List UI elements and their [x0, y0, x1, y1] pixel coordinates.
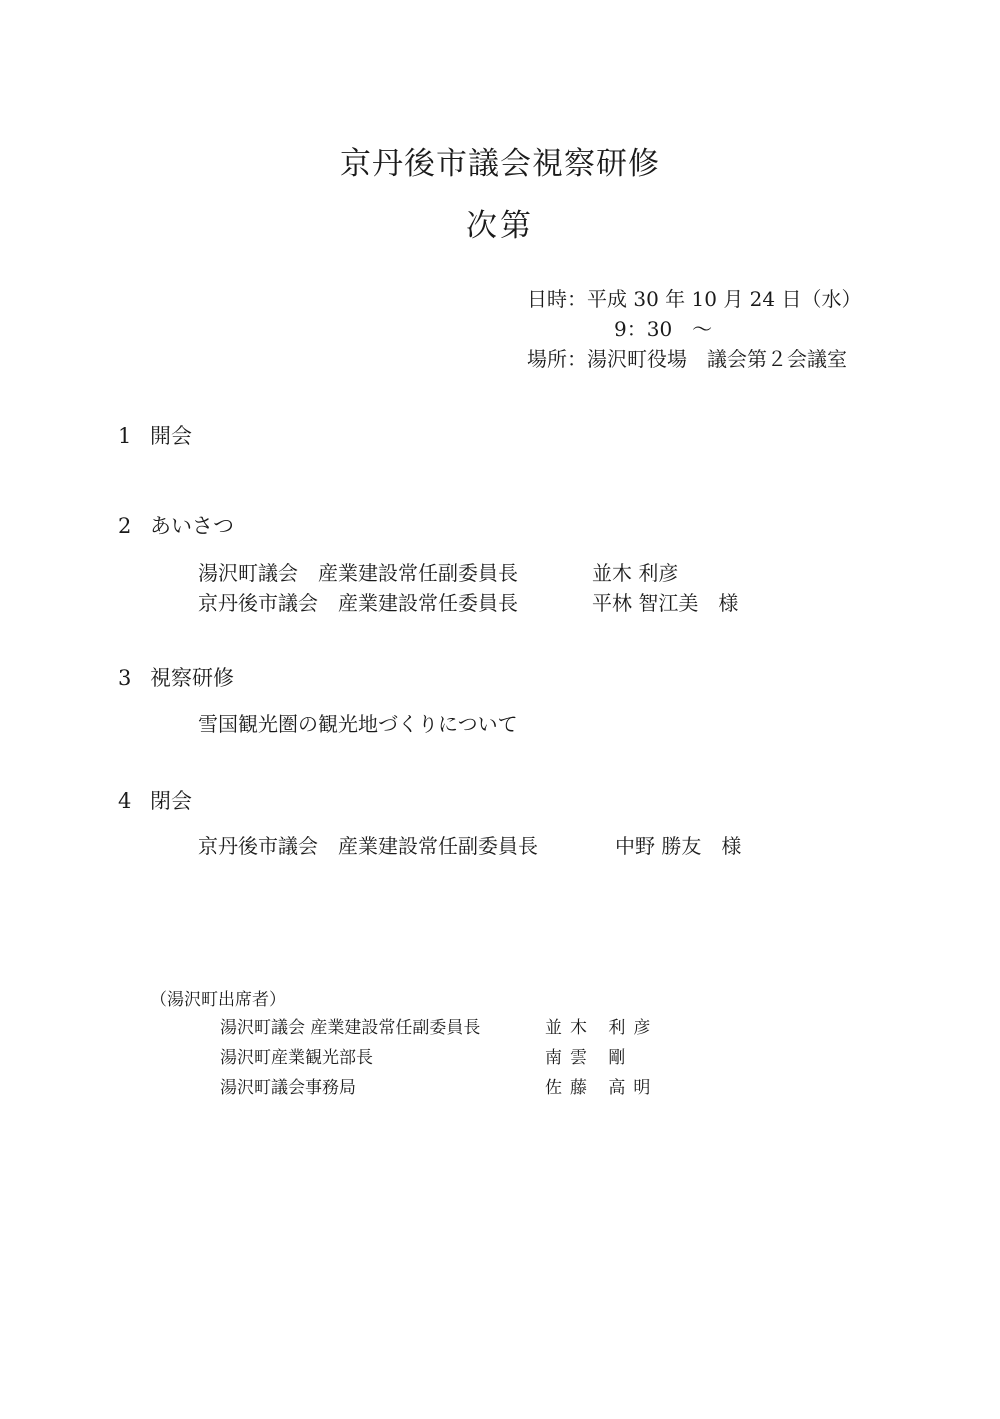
section-3-heading: 3視察研修: [118, 662, 234, 692]
meeting-place: 場所：湯沢町役場 議会第２会議室: [527, 343, 847, 372]
attendee-row: 湯沢町産業観光部長 南雲 剛: [220, 1043, 680, 1067]
speaker-role: 京丹後市議会 産業建設常任副委員長: [198, 830, 538, 859]
section-number: 1: [118, 424, 150, 448]
training-topic: 雪国観光圏の観光地づくりについて: [198, 708, 518, 737]
section-number: 2: [118, 514, 150, 538]
attendee-role: 湯沢町議会 産業建設常任副委員長: [220, 1013, 480, 1038]
attendee-row: 湯沢町議会 産業建設常任副委員長 並木 利彦: [220, 1013, 680, 1037]
speaker-role: 京丹後市議会 産業建設常任委員長: [198, 587, 518, 616]
attendee-name: 南雲 剛: [545, 1043, 633, 1068]
greeting-line: 京丹後市議会 産業建設常任委員長 平林 智江美 様: [198, 587, 798, 613]
document-subtitle: 次第: [0, 200, 1000, 245]
section-title: 閉会: [150, 789, 192, 813]
closing-line: 京丹後市議会 産業建設常任副委員長 中野 勝友 様: [198, 830, 798, 856]
section-1-heading: 1開会: [118, 420, 192, 450]
meeting-time: 9：30 ～: [614, 313, 712, 342]
section-title: 開会: [150, 424, 192, 448]
attendees-heading: （湯沢町出席者）: [150, 985, 286, 1010]
attendee-name: 並木 利彦: [545, 1013, 658, 1038]
section-title: 視察研修: [150, 666, 234, 690]
section-number: 3: [118, 666, 150, 690]
speaker-name: 並木 利彦: [592, 557, 678, 586]
section-2-heading: 2あいさつ: [118, 510, 234, 540]
attendee-row: 湯沢町議会事務局 佐藤 高明: [220, 1073, 680, 1097]
speaker-role: 湯沢町議会 産業建設常任副委員長: [198, 557, 518, 586]
section-number: 4: [118, 789, 150, 813]
attendee-name: 佐藤 高明: [545, 1073, 658, 1098]
speaker-name-highlighted: 中野 勝友 様: [615, 830, 741, 859]
attendee-role: 湯沢町産業観光部長: [220, 1043, 373, 1068]
speaker-name-highlighted: 平林 智江美 様: [592, 587, 738, 616]
section-4-heading: 4閉会: [118, 785, 192, 815]
section-title: あいさつ: [150, 514, 234, 538]
attendee-role: 湯沢町議会事務局: [220, 1073, 356, 1098]
greeting-line: 湯沢町議会 産業建設常任副委員長 並木 利彦: [198, 557, 798, 583]
document-title: 京丹後市議会視察研修: [0, 138, 1000, 183]
meeting-date: 日時：平成 30 年 10 月 24 日（水）: [527, 283, 862, 312]
